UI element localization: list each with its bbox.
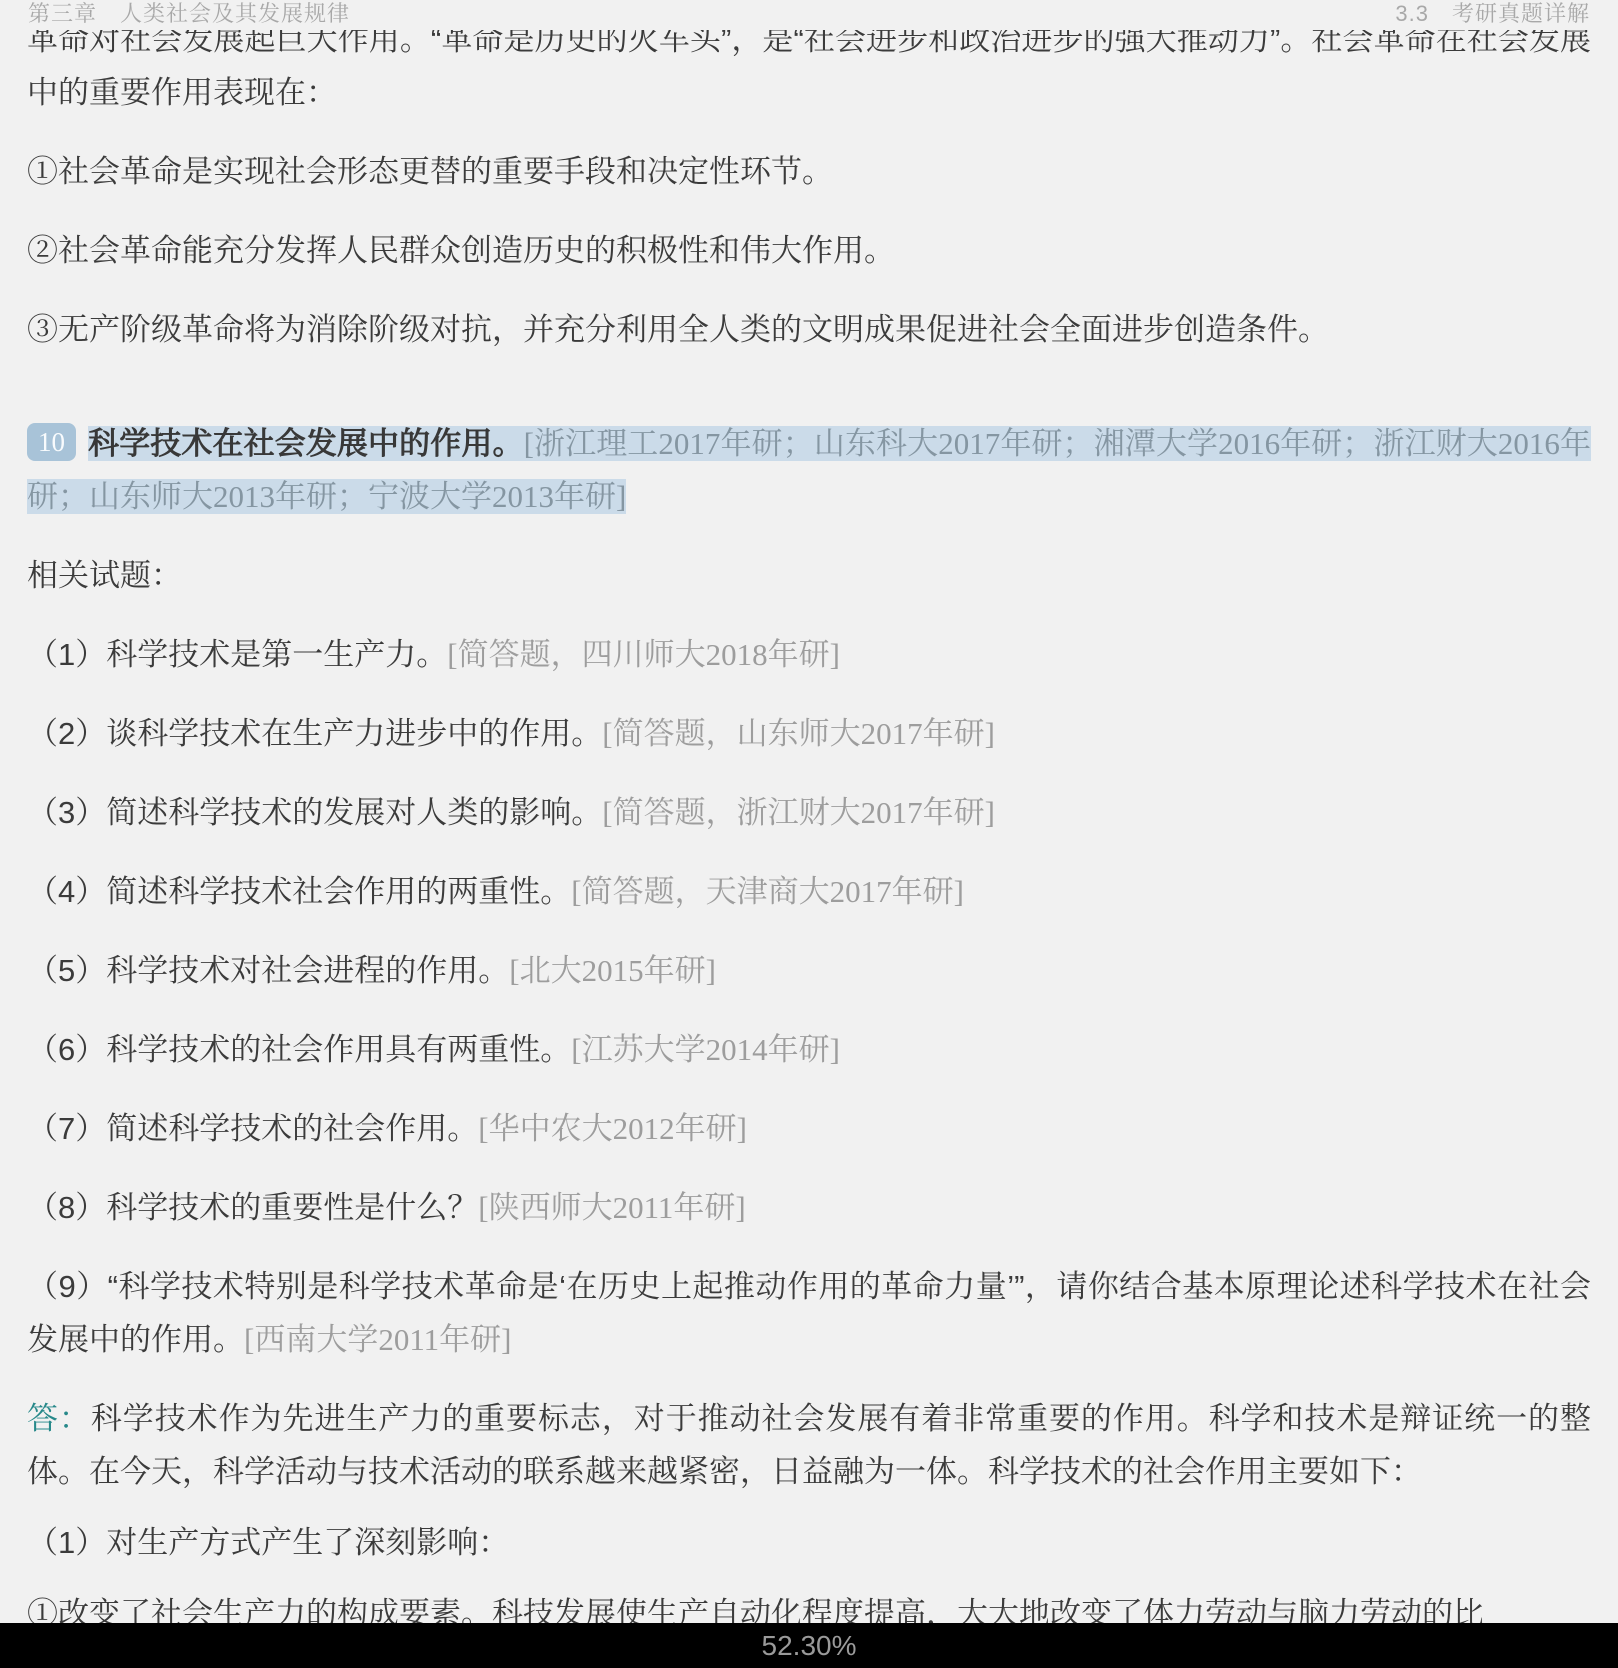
related-question-text: （4）简述科学技术社会作用的两重性。 [27, 874, 571, 909]
point-3: ③无产阶级革命将为消除阶级对抗，并充分利用全人类的文明成果促进社会全面进步创造条… [27, 303, 1591, 356]
progress-bar: 52.30% [0, 1623, 1618, 1668]
section-title: 3.3 考研真题详解 [1395, 0, 1590, 28]
related-question-source: [简答题，山东师大2017年研] [602, 716, 995, 751]
related-question-1: （1）科学技术是第一生产力。[简答题，四川师大2018年研] [27, 628, 1591, 681]
chapter-title: 第三章 人类社会及其发展规律 [28, 0, 350, 28]
question-title: 科学技术在社会发展中的作用。 [88, 426, 524, 461]
reader-page: 第三章 人类社会及其发展规律 3.3 考研真题详解 革命对社会发展起巨大作用。“… [0, 0, 1618, 1668]
question-number-badge: 10 [27, 423, 76, 461]
related-question-9: （9）“科学技术特别是科学技术革命是‘在历史上起推动作用的革命力量’”，请你结合… [27, 1260, 1591, 1366]
related-question-text: （8）科学技术的重要性是什么？ [27, 1190, 478, 1225]
related-question-text: （5）科学技术对社会进程的作用。 [27, 953, 509, 988]
progress-percent: 52.30% [762, 1630, 857, 1662]
related-question-2: （2）谈科学技术在生产力进步中的作用。[简答题，山东师大2017年研] [27, 707, 1591, 760]
reader-content[interactable]: 革命对社会发展起巨大作用。“革命是历史的火车头”，是“社会进步和政治进步的强大推… [0, 13, 1618, 1668]
related-question-text: （6）科学技术的社会作用具有两重性。 [27, 1032, 571, 1067]
related-question-6: （6）科学技术的社会作用具有两重性。[江苏大学2014年研] [27, 1023, 1591, 1076]
related-question-source: [简答题，四川师大2018年研] [447, 637, 840, 672]
related-question-text: （7）简述科学技术的社会作用。 [27, 1111, 478, 1146]
point-1: ①社会革命是实现社会形态更替的重要手段和决定性环节。 [27, 145, 1591, 198]
related-question-8: （8）科学技术的重要性是什么？[陕西师大2011年研] [27, 1181, 1591, 1234]
point-2: ②社会革命能充分发挥人民群众创造历史的积极性和伟大作用。 [27, 224, 1591, 277]
related-questions-label: 相关试题： [27, 549, 1591, 602]
related-question-3: （3）简述科学技术的发展对人类的影响。[简答题，浙江财大2017年研] [27, 786, 1591, 839]
reader-header: 第三章 人类社会及其发展规律 3.3 考研真题详解 [0, 0, 1618, 30]
question-highlight: 科学技术在社会发展中的作用。[浙江理工2017年研；山东科大2017年研；湘潭大… [27, 426, 1591, 514]
related-question-source: [陕西师大2011年研] [478, 1190, 746, 1225]
related-question-source: [江苏大学2014年研] [571, 1032, 840, 1067]
related-question-source: [华中农大2012年研] [478, 1111, 747, 1146]
answer-text: 科学技术作为先进生产力的重要标志，对于推动社会发展有着非常重要的作用。科学和技术… [27, 1401, 1591, 1489]
related-question-text: （2）谈科学技术在生产力进步中的作用。 [27, 716, 602, 751]
related-question-source: [西南大学2011年研] [244, 1322, 512, 1357]
answer-paragraph: 答：科学技术作为先进生产力的重要标志，对于推动社会发展有着非常重要的作用。科学和… [27, 1392, 1591, 1498]
related-question-text: （1）科学技术是第一生产力。 [27, 637, 447, 672]
question-heading: 10科学技术在社会发展中的作用。[浙江理工2017年研；山东科大2017年研；湘… [27, 417, 1591, 523]
related-question-source: [简答题，浙江财大2017年研] [602, 795, 995, 830]
related-question-7: （7）简述科学技术的社会作用。[华中农大2012年研] [27, 1102, 1591, 1155]
answer-label: 答： [27, 1401, 91, 1436]
related-question-5: （5）科学技术对社会进程的作用。[北大2015年研] [27, 944, 1591, 997]
related-question-source: [简答题，天津商大2017年研] [571, 874, 964, 909]
related-question-4: （4）简述科学技术社会作用的两重性。[简答题，天津商大2017年研] [27, 865, 1591, 918]
related-question-text: （3）简述科学技术的发展对人类的影响。 [27, 795, 602, 830]
related-question-source: [北大2015年研] [509, 953, 716, 988]
answer-point-1: （1）对生产方式产生了深刻影响： [27, 1516, 1591, 1569]
